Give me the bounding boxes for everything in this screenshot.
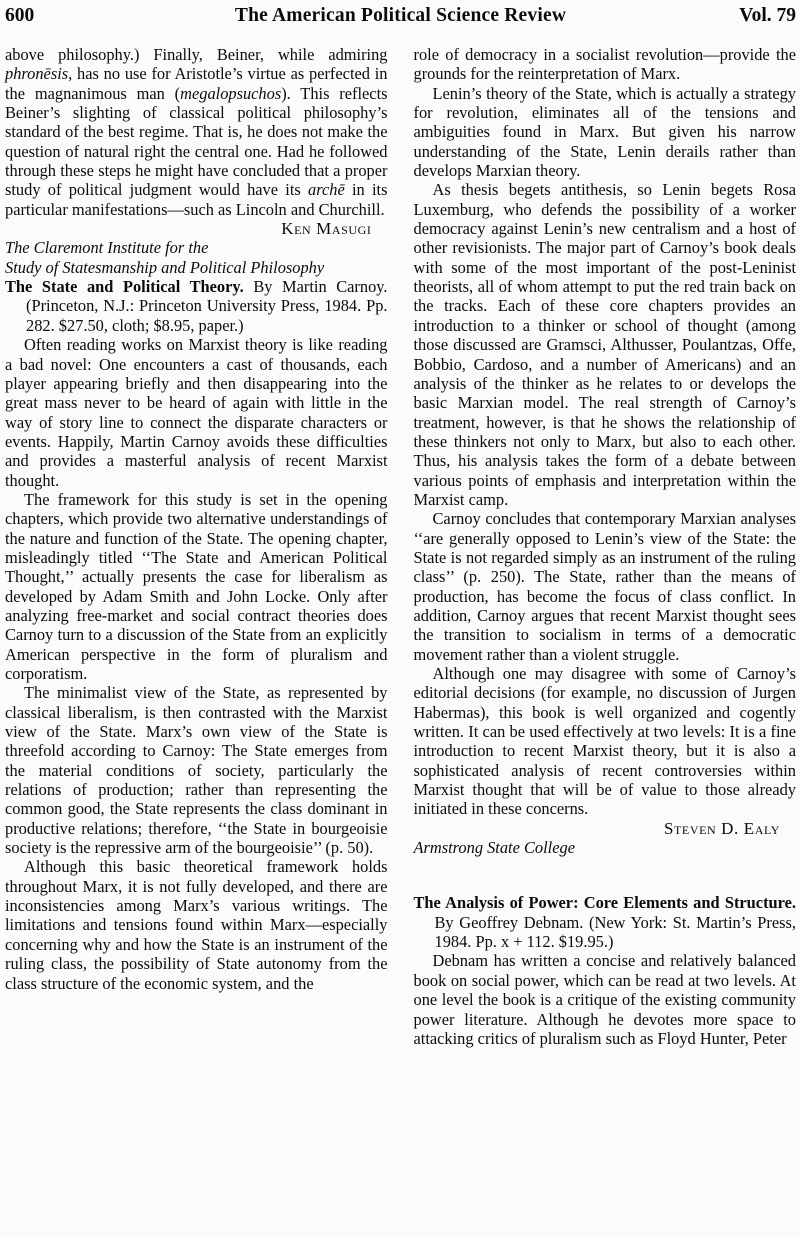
running-header: 600 The American Political Science Revie… — [5, 4, 796, 28]
journal-title: The American Political Science Review — [75, 4, 726, 28]
italic-term-arche: archē — [308, 180, 345, 199]
journal-page: 600 The American Political Science Revie… — [0, 0, 800, 1048]
review-continuation-paragraph: role of democracy in a socialist revolut… — [414, 45, 797, 84]
review-paragraph: Debnam has written a concise and relativ… — [414, 951, 797, 1048]
text-run: above philosophy.) Finally, Beiner, whil… — [5, 45, 388, 64]
book-title: The State and Political Theory. — [5, 277, 244, 296]
book-title: The Analysis of Power: Core Elements and… — [414, 893, 797, 912]
volume-number: Vol. 79 — [726, 4, 796, 28]
left-column: above philosophy.) Finally, Beiner, whil… — [5, 45, 388, 1048]
affiliation-line: The Claremont Institute for the — [5, 238, 388, 257]
italic-term-megalopsuchos: megalopsuchos — [180, 84, 281, 103]
book-review-heading: The State and Political Theory. By Marti… — [5, 277, 388, 335]
two-column-text: above philosophy.) Finally, Beiner, whil… — [5, 45, 796, 1048]
review-paragraph: Although one may disagree with some of C… — [414, 664, 797, 819]
book-citation: By Geoffrey Debnam. (New York: St. Marti… — [435, 913, 797, 951]
book-review-heading: The Analysis of Power: Core Elements and… — [414, 893, 797, 951]
review-paragraph: Lenin’s theory of the State, which is ac… — [414, 84, 797, 181]
reviewer-signature: Ken Masugi — [5, 219, 388, 238]
reviewer-affiliation: The Claremont Institute for theStudy of … — [5, 238, 388, 277]
review-paragraph: Although this basic theoretical framewor… — [5, 857, 388, 992]
review-paragraph: Carnoy concludes that contemporary Marxi… — [414, 509, 797, 664]
right-column: role of democracy in a socialist revolut… — [414, 45, 797, 1048]
review-paragraph: Often reading works on Marxist theory is… — [5, 335, 388, 490]
italic-term-phronesis: phronēsis, — [5, 64, 72, 83]
reviewer-signature: Steven D. Ealy — [414, 819, 797, 838]
review-paragraph: As thesis begets antithesis, so Lenin be… — [414, 180, 797, 509]
review-paragraph: The framework for this study is set in t… — [5, 490, 388, 683]
review-continuation-paragraph: above philosophy.) Finally, Beiner, whil… — [5, 45, 388, 219]
review-paragraph: The minimalist view of the State, as rep… — [5, 683, 388, 857]
reviewer-affiliation: Armstrong State College — [414, 838, 797, 857]
affiliation-line: Study of Statesmanship and Political Phi… — [5, 258, 388, 277]
page-number: 600 — [5, 4, 75, 28]
